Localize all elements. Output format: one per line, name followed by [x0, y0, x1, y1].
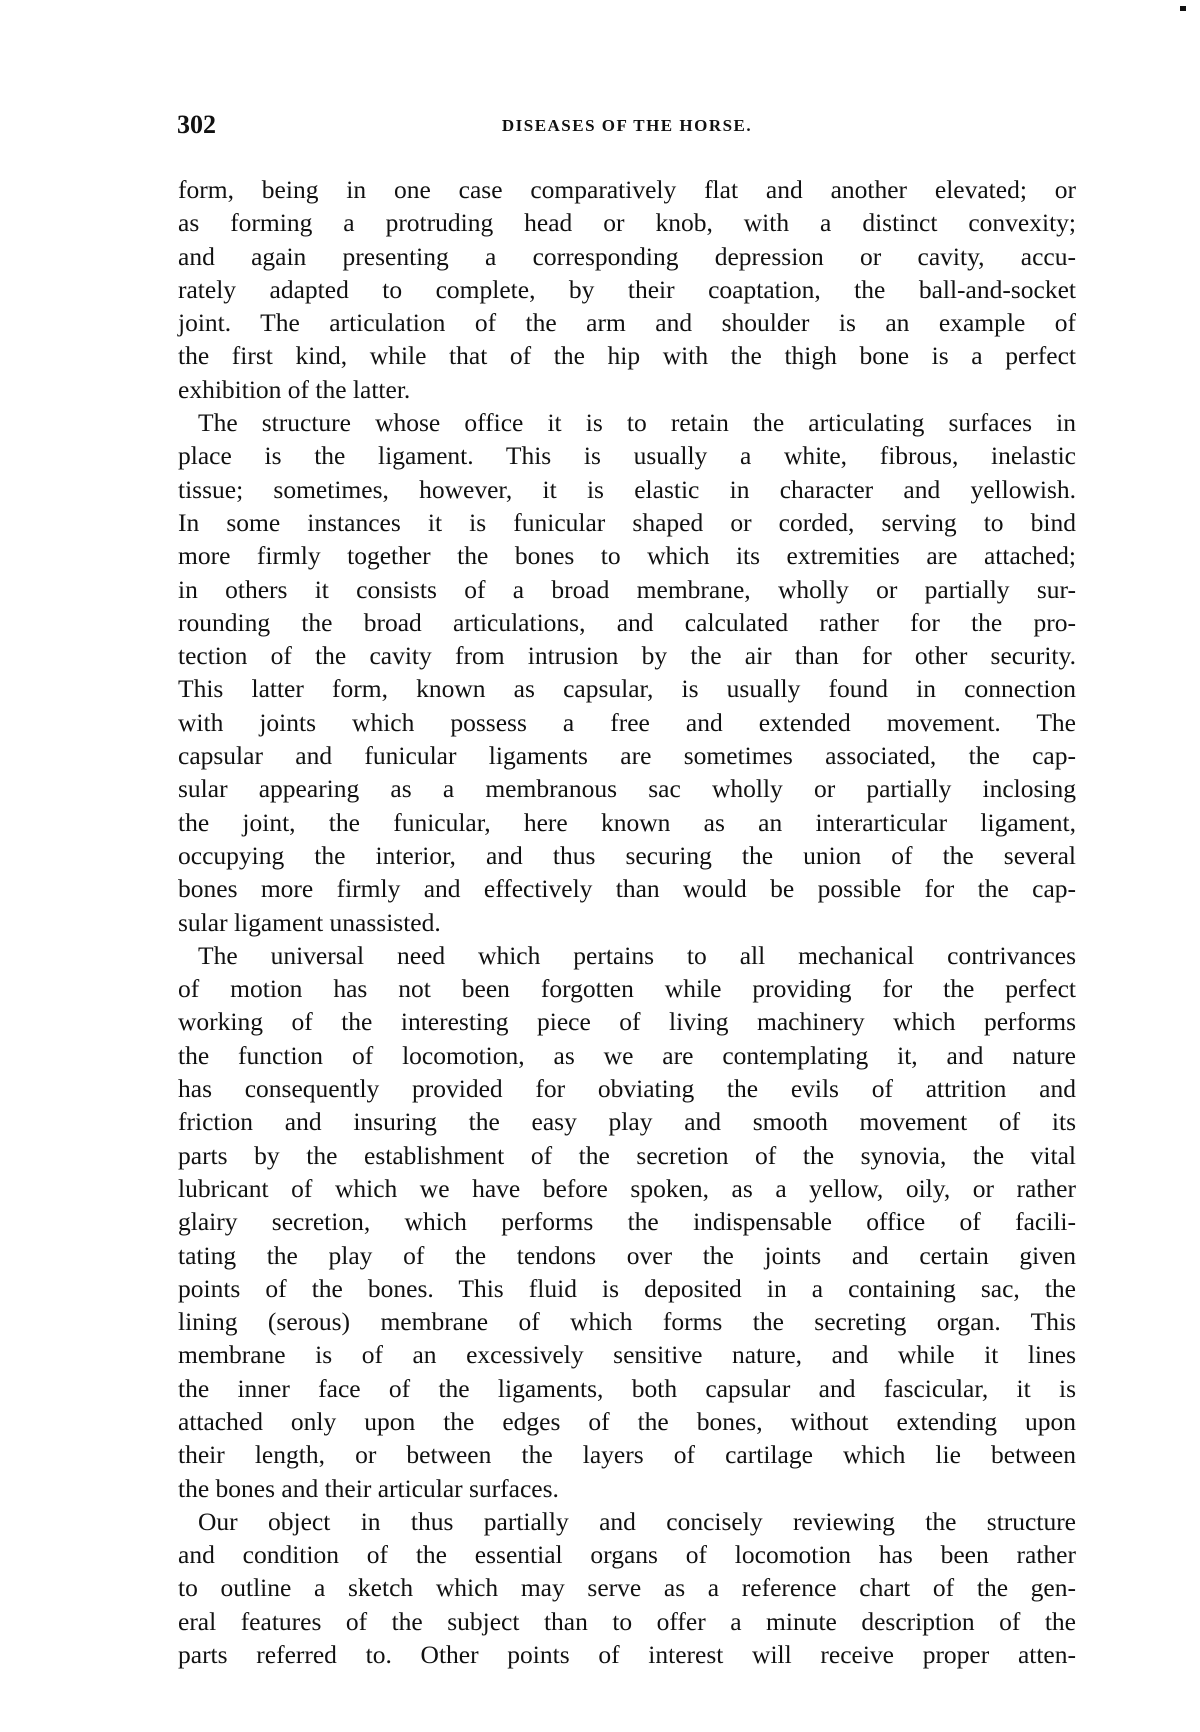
text-line: working of the interesting piece of livi…	[178, 1005, 1076, 1038]
text-line: with joints which possess a free and ext…	[178, 706, 1076, 739]
text-line: sular ligament unassisted.	[178, 906, 1076, 939]
text-line: the inner face of the ligaments, both ca…	[178, 1372, 1076, 1405]
text-line: and again presenting a corresponding dep…	[178, 240, 1076, 273]
text-line: exhibition of the latter.	[178, 373, 1076, 406]
text-line: and condition of the essential organs of…	[178, 1538, 1076, 1571]
text-line: occupying the interior, and thus securin…	[178, 839, 1076, 872]
paragraph: The structure whose office it is to reta…	[178, 406, 1076, 939]
body-text: form, being in one case comparatively fl…	[178, 173, 1076, 1671]
text-line: their length, or between the layers of c…	[178, 1438, 1076, 1471]
text-line: to outline a sketch which may serve as a…	[178, 1571, 1076, 1604]
text-line: in others it consists of a broad membran…	[178, 573, 1076, 606]
page-header: 302 DISEASES OF THE HORSE.	[177, 110, 1077, 142]
text-line: place is the ligament. This is usually a…	[178, 439, 1076, 472]
text-line: bones more firmly and effectively than w…	[178, 872, 1076, 905]
text-line: more firmly together the bones to which …	[178, 539, 1076, 572]
text-line: In some instances it is funicular shaped…	[178, 506, 1076, 539]
text-line: form, being in one case comparatively fl…	[178, 173, 1076, 206]
paragraph: form, being in one case comparatively fl…	[178, 173, 1076, 406]
text-line: parts by the establishment of the secret…	[178, 1139, 1076, 1172]
text-line: tissue; sometimes, however, it is elasti…	[178, 473, 1076, 506]
text-line: lining (serous) membrane of which forms …	[178, 1305, 1076, 1338]
text-line: membrane is of an excessively sensitive …	[178, 1338, 1076, 1371]
text-line: This latter form, known as capsular, is …	[178, 672, 1076, 705]
text-line: tating the play of the tendons over the …	[178, 1239, 1076, 1272]
text-line: attached only upon the edges of the bone…	[178, 1405, 1076, 1438]
text-line: eral features of the subject than to off…	[178, 1605, 1076, 1638]
paragraph: The universal need which pertains to all…	[178, 939, 1076, 1505]
text-line: joint. The articulation of the arm and s…	[178, 306, 1076, 339]
text-line: the function of locomotion, as we are co…	[178, 1039, 1076, 1072]
text-line: the first kind, while that of the hip wi…	[178, 339, 1076, 372]
text-line: the bones and their articular surfaces.	[178, 1472, 1076, 1505]
text-line: as forming a protruding head or knob, wi…	[178, 206, 1076, 239]
text-line: sular appearing as a membranous sac whol…	[178, 772, 1076, 805]
text-line: lubricant of which we have before spoken…	[178, 1172, 1076, 1205]
text-line: rately adapted to complete, by their coa…	[178, 273, 1076, 306]
scan-mark	[1180, 6, 1186, 11]
text-line: glairy secretion, which performs the ind…	[178, 1205, 1076, 1238]
text-line: has consequently provided for obviating …	[178, 1072, 1076, 1105]
text-line: the joint, the funicular, here known as …	[178, 806, 1076, 839]
text-line: rounding the broad articulations, and ca…	[178, 606, 1076, 639]
paragraph: Our object in thus partially and concise…	[178, 1505, 1076, 1671]
text-line: of motion has not been forgotten while p…	[178, 972, 1076, 1005]
text-line: The structure whose office it is to reta…	[178, 406, 1076, 439]
text-line: tection of the cavity from intrusion by …	[178, 639, 1076, 672]
text-line: points of the bones. This fluid is depos…	[178, 1272, 1076, 1305]
text-line: parts referred to. Other points of inter…	[178, 1638, 1076, 1671]
running-title: DISEASES OF THE HORSE.	[177, 116, 1077, 136]
text-line: The universal need which pertains to all…	[178, 939, 1076, 972]
text-line: capsular and funicular ligaments are som…	[178, 739, 1076, 772]
text-line: Our object in thus partially and concise…	[178, 1505, 1076, 1538]
text-line: friction and insuring the easy play and …	[178, 1105, 1076, 1138]
